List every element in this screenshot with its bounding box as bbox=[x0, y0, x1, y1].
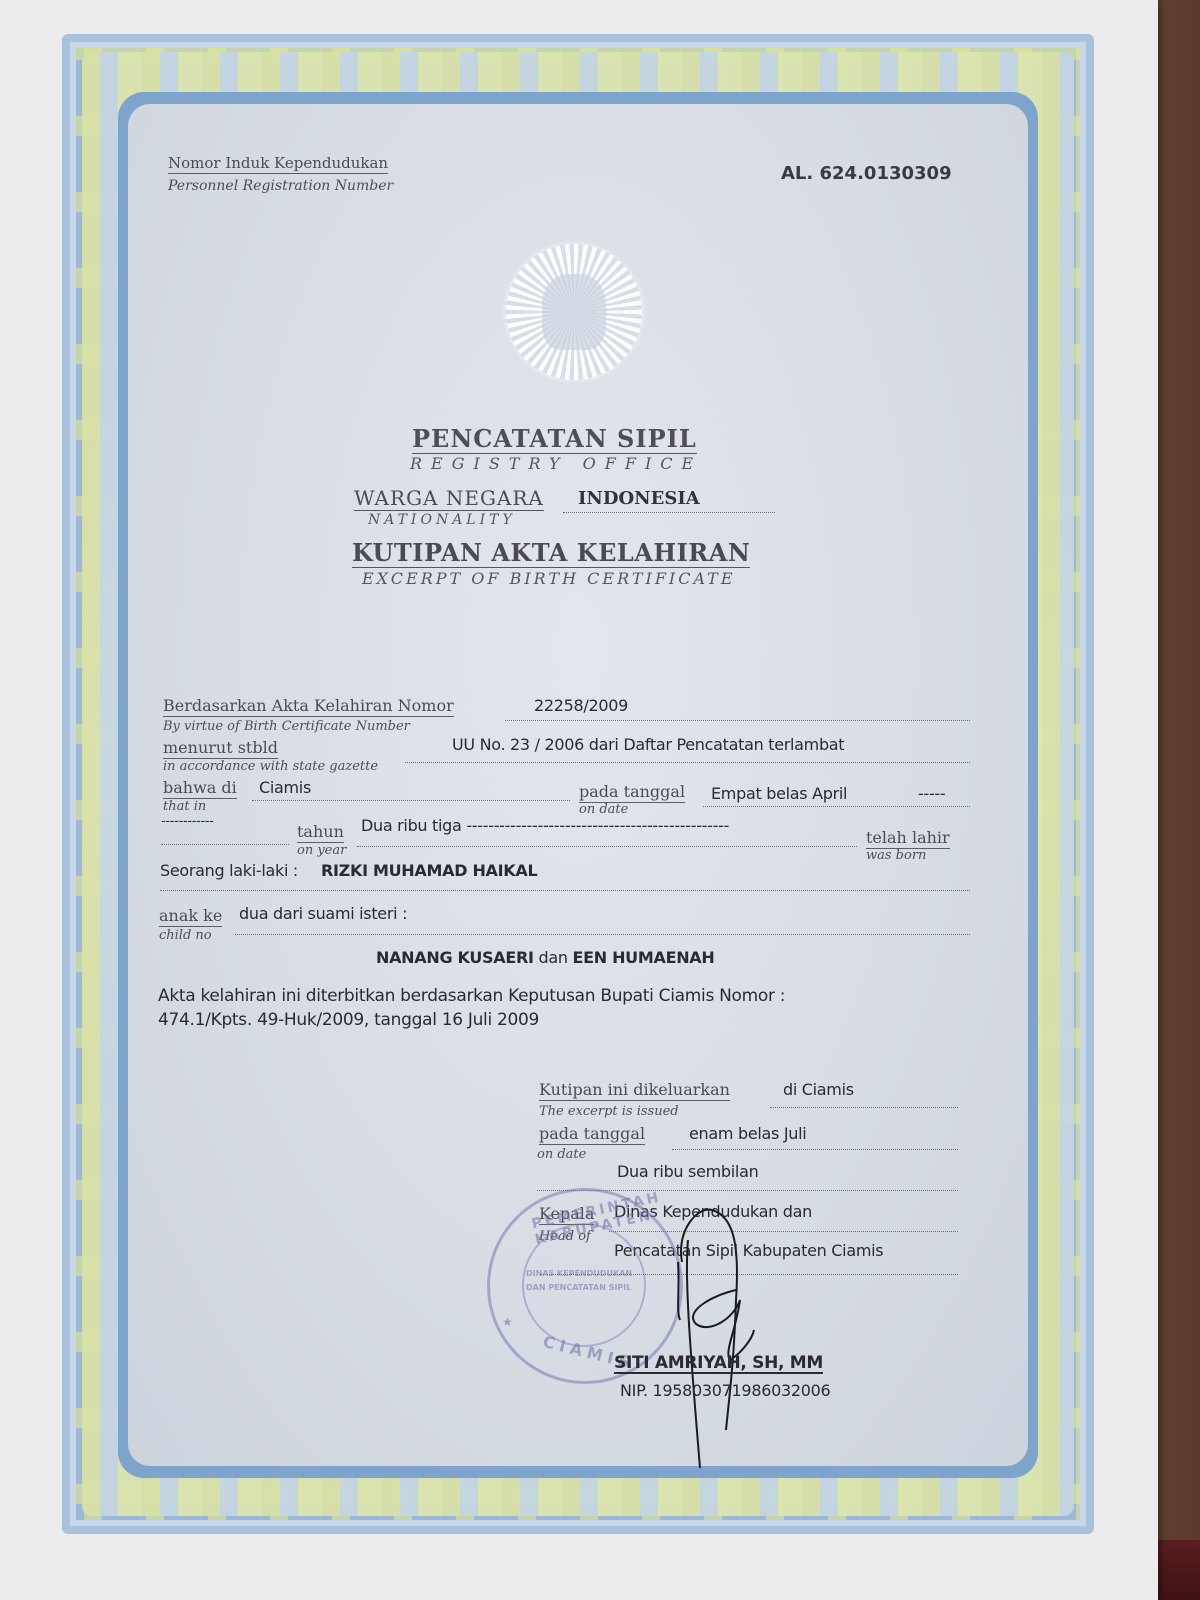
official-name: SITI AMRIYAH, SH, MM bbox=[614, 1354, 823, 1374]
parents-line: NANANG KUSAERI dan EEN HUMAENAH bbox=[376, 948, 714, 967]
issued-date-value: enam belas Juli bbox=[689, 1124, 806, 1143]
cert-number-value: 22258/2009 bbox=[534, 696, 628, 715]
nationality-label: WARGA NEGARA bbox=[354, 486, 544, 511]
document-title: KUTIPAN AKTA KELAHIRAN bbox=[352, 538, 750, 568]
year-prefix-dash: ------------ bbox=[161, 814, 214, 829]
decree-line-1: Akta kelahiran ini diterbitkan berdasark… bbox=[158, 986, 785, 1006]
office-title-en: REGISTRY OFFICE bbox=[410, 454, 702, 473]
signature-icon bbox=[640, 1200, 780, 1470]
parents-joiner: dan bbox=[538, 948, 567, 967]
place-label-en: that in bbox=[163, 799, 206, 814]
official-nip: NIP. 195803071986032006 bbox=[620, 1381, 830, 1400]
birth-certificate-document: Nomor Induk Kependudukan Personnel Regis… bbox=[0, 0, 1158, 1600]
place-value: Ciamis bbox=[259, 778, 311, 797]
registration-number: AL. 624.0130309 bbox=[781, 163, 952, 184]
gazette-value: UU No. 23 / 2006 dari Daftar Pencatatan … bbox=[452, 735, 844, 754]
office-title: PENCATATAN SIPIL bbox=[412, 424, 697, 454]
issued-label: Kutipan ini dikeluarkan bbox=[539, 1080, 730, 1101]
child-prefix: Seorang laki-laki : bbox=[160, 861, 298, 880]
born-label: telah lahir bbox=[866, 828, 950, 849]
stamp-center-line-2: DAN PENCATATAN SIPIL bbox=[526, 1283, 631, 1292]
year-value: Dua ribu tiga --------------------------… bbox=[361, 816, 729, 835]
year-label: tahun bbox=[297, 822, 344, 843]
gazette-label-en: in accordance with state gazette bbox=[163, 759, 378, 774]
father-name: NANANG KUSAERI bbox=[376, 948, 534, 967]
child-name: RIZKI MUHAMAD HAIKAL bbox=[321, 861, 537, 880]
date-value: Empat belas April bbox=[711, 784, 847, 803]
issued-value: di Ciamis bbox=[783, 1080, 854, 1099]
issued-year-value: Dua ribu sembilan bbox=[617, 1162, 758, 1181]
date-dash: ----- bbox=[918, 784, 945, 803]
gazette-label: menurut stbld bbox=[163, 738, 278, 759]
document-title-en: EXCERPT OF BIRTH CERTIFICATE bbox=[362, 569, 736, 588]
cert-number-label: Berdasarkan Akta Kelahiran Nomor bbox=[163, 696, 454, 717]
issued-label-en: The excerpt is issued bbox=[539, 1104, 679, 1119]
date-label-en: on date bbox=[579, 802, 628, 817]
decree-line-2: 474.1/Kpts. 49-Huk/2009, tanggal 16 Juli… bbox=[158, 1010, 539, 1030]
stamp-center-line-1: DINAS KEPENDUDUKAN bbox=[526, 1269, 632, 1278]
nik-label: Nomor Induk Kependudukan bbox=[168, 154, 388, 174]
child-no-label-en: child no bbox=[159, 928, 212, 943]
nik-sublabel: Personnel Registration Number bbox=[168, 178, 393, 194]
garuda-emblem-seal-icon bbox=[506, 244, 642, 380]
mother-name: EEN HUMAENAH bbox=[572, 948, 714, 967]
child-no-label: anak ke bbox=[159, 906, 222, 927]
nationality-value: INDONESIA bbox=[578, 488, 700, 509]
cert-number-label-en: By virtue of Birth Certificate Number bbox=[163, 719, 410, 734]
place-label: bahwa di bbox=[163, 778, 237, 799]
date-label: pada tanggal bbox=[579, 782, 685, 803]
child-no-value: dua dari suami isteri : bbox=[239, 904, 407, 923]
issued-date-label: pada tanggal bbox=[539, 1124, 645, 1145]
year-label-en: on year bbox=[297, 843, 346, 858]
stamp-star-icon: ★ bbox=[502, 1315, 513, 1329]
nationality-label-en: NATIONALITY bbox=[368, 512, 516, 528]
born-label-en: was born bbox=[866, 848, 926, 863]
issued-date-label-en: on date bbox=[537, 1147, 586, 1162]
